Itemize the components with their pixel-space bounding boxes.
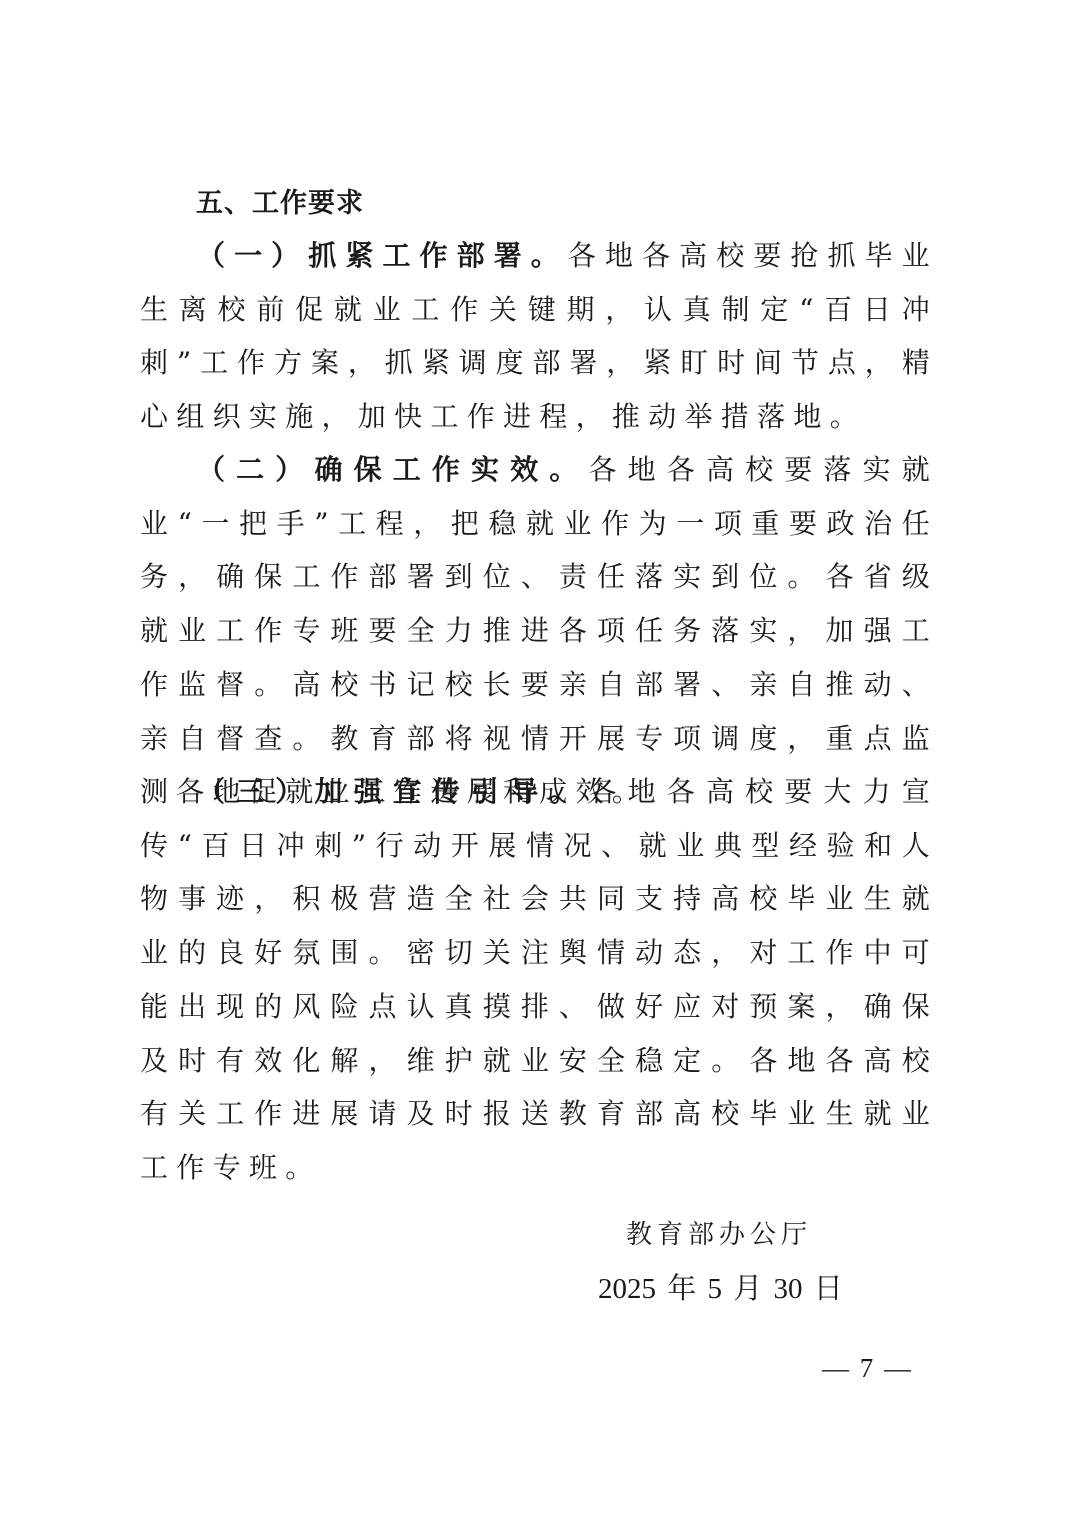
paragraph-body: 各地各高校要大力宣传“百日冲刺”行动开展情况、就业典型经验和人物事迹，积极营造全… (140, 775, 938, 1184)
requirement-paragraph-3: （三）加强宣传引导。各地各高校要大力宣传“百日冲刺”行动开展情况、就业典型经验和… (140, 765, 938, 1195)
paragraph-lead: （三）加强宣传引导。 (197, 775, 589, 808)
document-page: 五、工作要求 （一）抓紧工作部署。各地各高校要抢抓毕业生离校前促就业工作关键期，… (0, 0, 1074, 1519)
issue-date: 2025 年 5 月 30 日 (598, 1271, 843, 1307)
paragraph-lead: （一）抓紧工作部署。 (197, 239, 568, 272)
issuer-signature: 教育部办公厅 (626, 1217, 812, 1253)
page-number: — 7 — (822, 1350, 911, 1386)
section-heading: 五、工作要求 (196, 186, 364, 222)
paragraph-lead: （二）确保工作实效。 (197, 453, 589, 486)
requirement-paragraph-2: （二）确保工作实效。各地各高校要落实就业“一把手”工程，把稳就业作为一项重要政治… (140, 443, 938, 819)
paragraph-body: 各地各高校要落实就业“一把手”工程，把稳就业作为一项重要政治任务，确保工作部署到… (140, 453, 938, 808)
requirement-paragraph-1: （一）抓紧工作部署。各地各高校要抢抓毕业生离校前促就业工作关键期，认真制定“百日… (140, 229, 938, 444)
